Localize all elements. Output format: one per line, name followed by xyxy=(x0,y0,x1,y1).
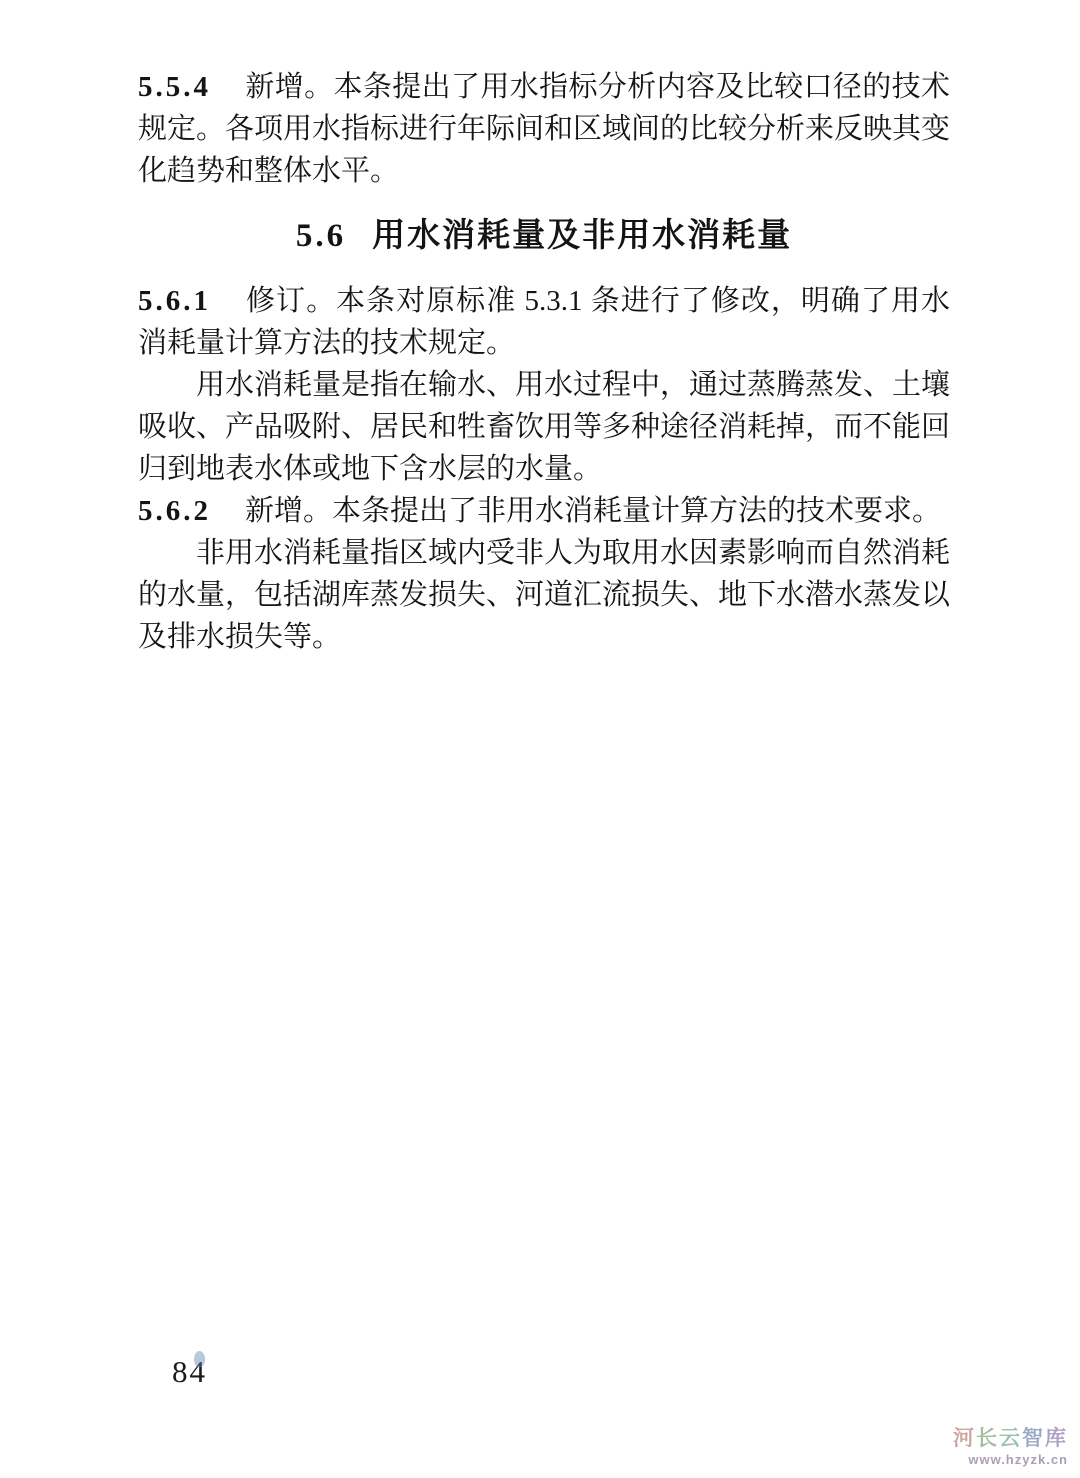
watermark-char: 云 xyxy=(999,1427,1022,1450)
watermark-char: 河 xyxy=(953,1427,976,1450)
paragraph-5-6-1: 5.6.1修订。本条对原标准 5.3.1 条进行了修改，明确了用水 消耗量计算方… xyxy=(138,280,950,364)
text-line: 消耗量计算方法的技术规定。 xyxy=(138,322,950,364)
paragraph-water-consumption-definition: 用水消耗量是指在输水、用水过程中，通过蒸腾蒸发、土壤 吸收、产品吸附、居民和牲畜… xyxy=(138,364,950,490)
section-heading-5-6: 5.6用水消耗量及非用水消耗量 xyxy=(138,212,950,259)
text-line: 规定。各项用水指标进行年际间和区域间的比较分析来反映其变 xyxy=(138,108,950,150)
document-page: { "page": { "number": "84", "background_… xyxy=(0,0,1080,1478)
watermark-url: www.hzyzk.cn xyxy=(953,1452,1068,1467)
text-line: 5.6.2新增。本条提出了非用水消耗量计算方法的技术要求。 xyxy=(138,490,950,532)
document-body: 5.5.4新增。本条提出了用水指标分析内容及比较口径的技术 规定。各项用水指标进… xyxy=(138,66,950,658)
clause-text: 修订。本条对原标准 5.3.1 条进行了修改，明确了用水 xyxy=(245,285,950,317)
text-line: 非用水消耗量指区域内受非人为取用水因素影响而自然消耗 xyxy=(138,532,950,574)
text-line: 5.6.1修订。本条对原标准 5.3.1 条进行了修改，明确了用水 xyxy=(138,280,950,322)
text-line: 化趋势和整体水平。 xyxy=(138,150,950,192)
section-number: 5.6 xyxy=(296,218,346,254)
watermark-site-name: 河长云智库 xyxy=(953,1427,1068,1451)
paragraph-5-6-2: 5.6.2新增。本条提出了非用水消耗量计算方法的技术要求。 xyxy=(138,490,950,532)
clause-number-5-6-1: 5.6.1 xyxy=(138,285,211,317)
clause-text: 新增。本条提出了用水指标分析内容及比较口径的技术 xyxy=(245,71,950,103)
clause-number-5-6-2: 5.6.2 xyxy=(138,495,211,527)
site-watermark: 河长云智库 www.hzyzk.cn xyxy=(953,1427,1068,1467)
section-title: 用水消耗量及非用水消耗量 xyxy=(372,216,792,253)
text-line: 5.5.4新增。本条提出了用水指标分析内容及比较口径的技术 xyxy=(138,66,950,108)
paragraph-5-5-4: 5.5.4新增。本条提出了用水指标分析内容及比较口径的技术 规定。各项用水指标进… xyxy=(138,66,950,192)
text-line: 归到地表水体或地下含水层的水量。 xyxy=(138,448,950,490)
clause-number-5-5-4: 5.5.4 xyxy=(138,71,211,103)
text-line: 及排水损失等。 xyxy=(138,616,950,658)
clause-text: 新增。本条提出了非用水消耗量计算方法的技术要求。 xyxy=(245,495,941,527)
text-line: 用水消耗量是指在输水、用水过程中，通过蒸腾蒸发、土壤 xyxy=(138,364,950,406)
text-line: 吸收、产品吸附、居民和牲畜饮用等多种途径消耗掉，而不能回 xyxy=(138,406,950,448)
watermark-char: 长 xyxy=(976,1427,999,1450)
watermark-char: 库 xyxy=(1045,1427,1068,1450)
watermark-char: 智 xyxy=(1022,1427,1045,1450)
text-line: 的水量，包括湖库蒸发损失、河道汇流损失、地下水潜水蒸发以 xyxy=(138,574,950,616)
paragraph-non-water-consumption-definition: 非用水消耗量指区域内受非人为取用水因素影响而自然消耗 的水量，包括湖库蒸发损失、… xyxy=(138,532,950,658)
stamp-artifact xyxy=(194,1351,205,1367)
